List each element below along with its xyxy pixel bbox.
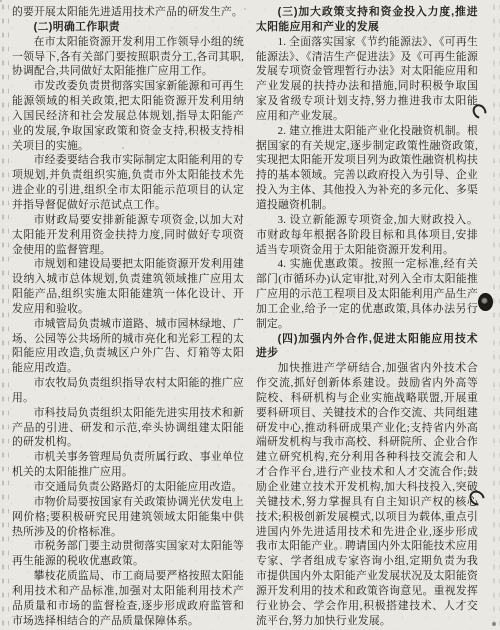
ink-blob-icon: [478, 293, 493, 311]
paragraph: 市交通局负责公路路灯的太阳能应用改造。: [12, 480, 244, 495]
paragraph: 市财政局要安排新能源专项资金,以加大对太阳能开发利用资金扶持力度,同时做好专项资…: [12, 213, 244, 258]
paragraph: 2. 建立推进太阳能产业化投融资机制。根据国家的有关规定,逐步制定政策性融资政策…: [256, 124, 478, 213]
section-heading: (二)明确工作职责: [12, 20, 244, 35]
paragraph: 3. 设立新能源专项资金,加大财政投入。市财政每年根据各阶段目标和具体项目,安排…: [256, 213, 478, 258]
paragraph: 市经委要结合我市实际制定太阳能利用的专项规划,并负责组织实施,负责市外太阳能技术…: [12, 153, 244, 212]
paragraph: 在市太阳能资源开发利用工作领导小组的统一领导下,各有关部门要按照职责分工,各司其…: [12, 35, 244, 80]
section-heading: (四)加强内外合作,促进太阳能应用技术进步: [256, 332, 478, 362]
paragraph: 市农牧局负责组织指导农村太阳能的推广应用。: [12, 376, 244, 406]
paragraph: 市税务部门要主动贯彻落实国家对太阳能等再生能源的税收优惠政策。: [12, 539, 244, 569]
scan-specks: [0, 0, 2, 2]
scanned-document-page: 的要开展太阳能先进适用技术产品的研发生产。(二)明确工作职责在市太阳能资源开发利…: [0, 0, 500, 630]
paragraph: 市机关事务管理局负责所属行政、事业单位机关的太阳能推广应用。: [12, 450, 244, 480]
paragraph: 市科技局负责组织太阳能先进实用技术和新产品的引进、研发和示范,牵头协调组建太阳能…: [12, 406, 244, 451]
paragraph: 市规划和建设局要把太阳能资源开发利用建设纳入城市总体规划,负责建筑领域推广应用太…: [12, 257, 244, 316]
paragraph: 1. 全面落实国家《节约能源法》、《可再生能源法》、《清洁生产促进法》及《可再生…: [256, 35, 478, 124]
scan-edge-noise-left: [0, 0, 9, 630]
paragraph: 市城管局负责城市道路、城市园林绿地、广场、公园等公共场所的城市亮化和光彩工程的太…: [12, 317, 244, 376]
paragraph: 市发改委负责贯彻落实国家新能源和可再生能源领域的相关政策,把太阳能资源开发利用纳…: [12, 79, 244, 153]
paragraph: 的要开展太阳能先进适用技术产品的研发生产。: [12, 5, 244, 20]
text-column-left: 的要开展太阳能先进适用技术产品的研发生产。(二)明确工作职责在市太阳能资源开发利…: [12, 5, 244, 628]
section-heading: (三)加大政策支持和资金投入力度,推进太阳能应用和产业的发展: [256, 5, 478, 35]
paragraph: 加快推进产学研结合,加强省内外技术合作交流,抓好创新体系建设。鼓励省内外高等院校…: [256, 361, 478, 628]
paragraph: 攀枝花质监局、市工商局要严格按照太阳能利用技术和产品标准,加强对太阳能利用技术产…: [12, 569, 244, 628]
paragraph: 4. 实施优惠政策。按照一定标准,经有关部门(市循环办)认定审批,对列入全市太阳…: [256, 257, 478, 331]
paragraph: 市物价局要按国家有关政策协调光伏发电上网价格;要积极研究民用建筑领域太阳能集中供…: [12, 495, 244, 540]
text-column-right: (三)加大政策支持和资金投入力度,推进太阳能应用和产业的发展1. 全面落实国家《…: [256, 5, 478, 628]
scan-edge-noise-right: [491, 0, 500, 630]
